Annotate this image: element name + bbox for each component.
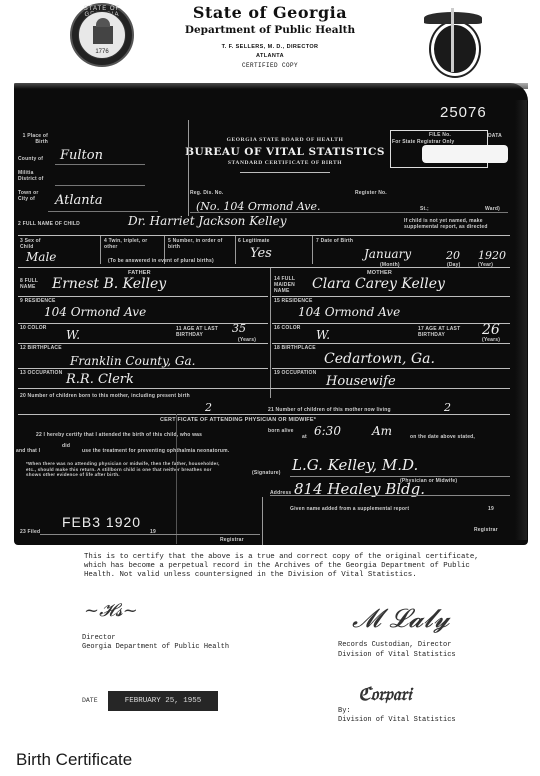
standard-certificate-heading: STANDARD CERTIFICATE OF BIRTH (190, 160, 380, 166)
countersignature: ℭ𝔬𝔯𝔭𝔞𝔯𝔦 (358, 684, 412, 705)
father-name-value: Ernest B. Kelley (52, 276, 166, 292)
underline (190, 212, 508, 213)
treatment-text-b: use the treatment for preventing ophthal… (82, 448, 229, 454)
county-value: Fulton (60, 148, 103, 163)
fold-line (176, 414, 177, 544)
letterhead-director: T. F. SELLERS, M. D., DIRECTOR (150, 44, 390, 50)
capitol-building-icon (93, 26, 113, 44)
twin-label: 4 Twin, triplet, or other (104, 238, 159, 250)
birth-year-value: 1920 (478, 249, 506, 262)
county-label: County of (18, 156, 43, 162)
divider (188, 120, 189, 216)
director-org: Georgia Department of Public Health (82, 643, 229, 652)
row-divider (18, 388, 510, 389)
father-birthplace-value: Franklin County, Ga. (70, 354, 196, 368)
sex-label: 3 Sex of Child (20, 238, 46, 250)
letterhead-city: ATLANTA (150, 53, 390, 59)
birth-day-value: 20 (446, 249, 460, 262)
father-birthplace-label: 12 BIRTHPLACE (20, 345, 62, 351)
child-name-value: Dr. Harriet Jackson Kelley (128, 214, 287, 228)
divider (312, 236, 313, 264)
mother-occupation-label: 19 OCCUPATION (274, 370, 316, 376)
mother-age-value: 26 (482, 322, 500, 338)
file-no-label: FILE No. (410, 132, 470, 138)
row-divider (18, 323, 268, 324)
mother-birthplace-label: 18 BIRTHPLACE (274, 345, 316, 351)
bureau-heading: BUREAU OF VITAL STATISTICS (170, 146, 400, 158)
place-of-birth-label: 1 Place of Birth (18, 133, 48, 145)
children-born-label: 20 Number of children born to this mothe… (20, 393, 190, 399)
father-age-label: 11 AGE AT LAST BIRTHDAY (176, 326, 228, 338)
father-occupation-value: R.R. Clerk (66, 372, 134, 387)
signature-label: (Signature) (252, 470, 281, 476)
mother-age-label: 17 AGE AT LAST BIRTHDAY (418, 326, 470, 338)
filed-registrar-label: Registrar (220, 537, 244, 543)
physician-heading: CERTIFICATE OF ATTENDING PHYSICIAN OR MI… (160, 417, 316, 423)
row-divider (18, 368, 268, 369)
underline (55, 164, 145, 165)
seal-year: 1776 (79, 49, 125, 55)
father-color-label: 10 COLOR (20, 325, 47, 331)
filed-label: 23 Filed (20, 529, 40, 535)
given-name-registrar: Registrar (474, 527, 498, 533)
mother-residence-value: 104 Ormond Ave (298, 305, 400, 319)
seal-inner: 1776 (78, 11, 126, 59)
data-label: DATA (488, 133, 502, 139)
birth-date-label: 7 Date of Birth (316, 238, 353, 244)
children-born-value: 2 (205, 401, 212, 414)
director-title: Director (82, 634, 116, 643)
footnote-text: *When there was no attending physician o… (26, 461, 226, 478)
city-value: Atlanta (55, 193, 103, 208)
custodian-title: Records Custodian, Director (338, 641, 451, 650)
custodian-org: Division of Vital Statistics (338, 651, 456, 660)
row-divider (272, 343, 510, 344)
director-signature: ~𝓗𝓼~ (84, 600, 138, 621)
plural-births-note: (To be answered in event of plural birth… (108, 258, 238, 264)
father-occupation-label: 13 OCCUPATION (20, 370, 62, 376)
caduceus-icon (424, 6, 482, 74)
caduceus-circle (431, 22, 479, 76)
father-age-value: 35 (232, 322, 246, 335)
given-name-year: 19 (488, 506, 494, 512)
divider (262, 497, 263, 545)
born-alive-label: born alive (268, 428, 294, 434)
row-divider (272, 323, 510, 324)
column-divider (270, 268, 271, 398)
father-name-label: 8 FULL NAME (20, 278, 44, 290)
photostat-edge (515, 100, 527, 540)
birth-month-value: January (364, 247, 411, 261)
row-divider (272, 368, 510, 369)
row-divider (18, 296, 268, 297)
given-name-note: Given name added from a supplemental rep… (290, 506, 409, 512)
issue-date: FEBRUARY 25, 1955 (108, 691, 218, 711)
children-living-label: 21 Number of children of this mother now… (268, 407, 391, 413)
mother-occupation-value: Housewife (326, 374, 396, 389)
father-color-value: W. (66, 328, 80, 342)
row-divider (18, 235, 510, 236)
physician-certify-text: 22 I hereby certify that I attended the … (36, 432, 202, 438)
mother-residence-label: 15 RESIDENCE (274, 298, 313, 304)
mother-color-value: W. (316, 328, 330, 342)
legitimate-value: Yes (250, 246, 272, 261)
father-residence-value: 104 Ormond Ave (44, 305, 146, 319)
state-seal-icon: STATE OF GEORGIA 1776 (70, 3, 134, 67)
certificate-number: 25076 (440, 104, 487, 121)
row-divider (18, 343, 268, 344)
underline (48, 211, 158, 212)
by-label: By: (338, 707, 351, 716)
birth-ampm-value: Am (372, 424, 392, 438)
board-of-health-heading: GEORGIA STATE BOARD OF HEALTH (190, 137, 380, 143)
birth-time-value: 6:30 (314, 424, 341, 438)
letterhead-department: Department of Public Health (150, 24, 390, 36)
divider (240, 172, 330, 173)
letterhead-title: State of Georgia (150, 3, 390, 22)
row-divider (18, 267, 510, 268)
at-label: at (302, 434, 307, 440)
date-above-text: on the date above stated, (410, 434, 475, 440)
redaction-mark (422, 145, 508, 163)
date-label: DATE (82, 697, 98, 704)
underline (55, 185, 145, 186)
underline (290, 476, 510, 477)
mother-name-label: 14 FULL MAIDEN NAME (274, 276, 304, 294)
legitimate-label: 6 Legitimate (238, 238, 270, 244)
sex-value: Male (26, 250, 56, 264)
birth-order-label: 5 Number, in order of birth (168, 238, 228, 250)
row-divider (272, 296, 510, 297)
caduceus-staff (451, 8, 454, 72)
underline (40, 534, 260, 535)
mother-color-label: 16 COLOR (274, 325, 301, 331)
underline (270, 495, 510, 496)
physician-signature: L.G. Kelley, M.D. (292, 456, 418, 474)
child-name-label: 2 FULL NAME OF CHILD (18, 221, 80, 227)
children-living-value: 2 (444, 401, 451, 414)
register-no-label: Register No. (355, 190, 387, 196)
divider (100, 236, 101, 264)
treatment-text-a: and that I (16, 448, 40, 454)
image-caption: Birth Certificate (16, 750, 132, 770)
reg-dis-label: Reg. Dis. No. (190, 190, 223, 196)
mother-name-value: Clara Carey Kelley (312, 276, 445, 292)
by-org: Division of Vital Statistics (338, 716, 456, 725)
town-city-label: Town or City of (18, 190, 46, 202)
custodian-signature: 𝓜 𝓛𝓪𝓵𝔂 (352, 604, 450, 635)
supplemental-note: If child is not yet named, make suppleme… (404, 218, 508, 230)
row-divider (18, 414, 510, 415)
certification-statement: This is to certify that the above is a t… (84, 553, 484, 579)
treatment-did: did (62, 443, 70, 449)
divider (235, 236, 236, 264)
father-residence-label: 9 RESIDENCE (20, 298, 56, 304)
militia-district-label: Militia District of (18, 170, 50, 182)
mother-birthplace-value: Cedartown, Ga. (324, 351, 435, 367)
filed-stamp: FEB3 1920 (62, 514, 141, 530)
certified-copy-label: CERTIFIED COPY (150, 62, 390, 69)
